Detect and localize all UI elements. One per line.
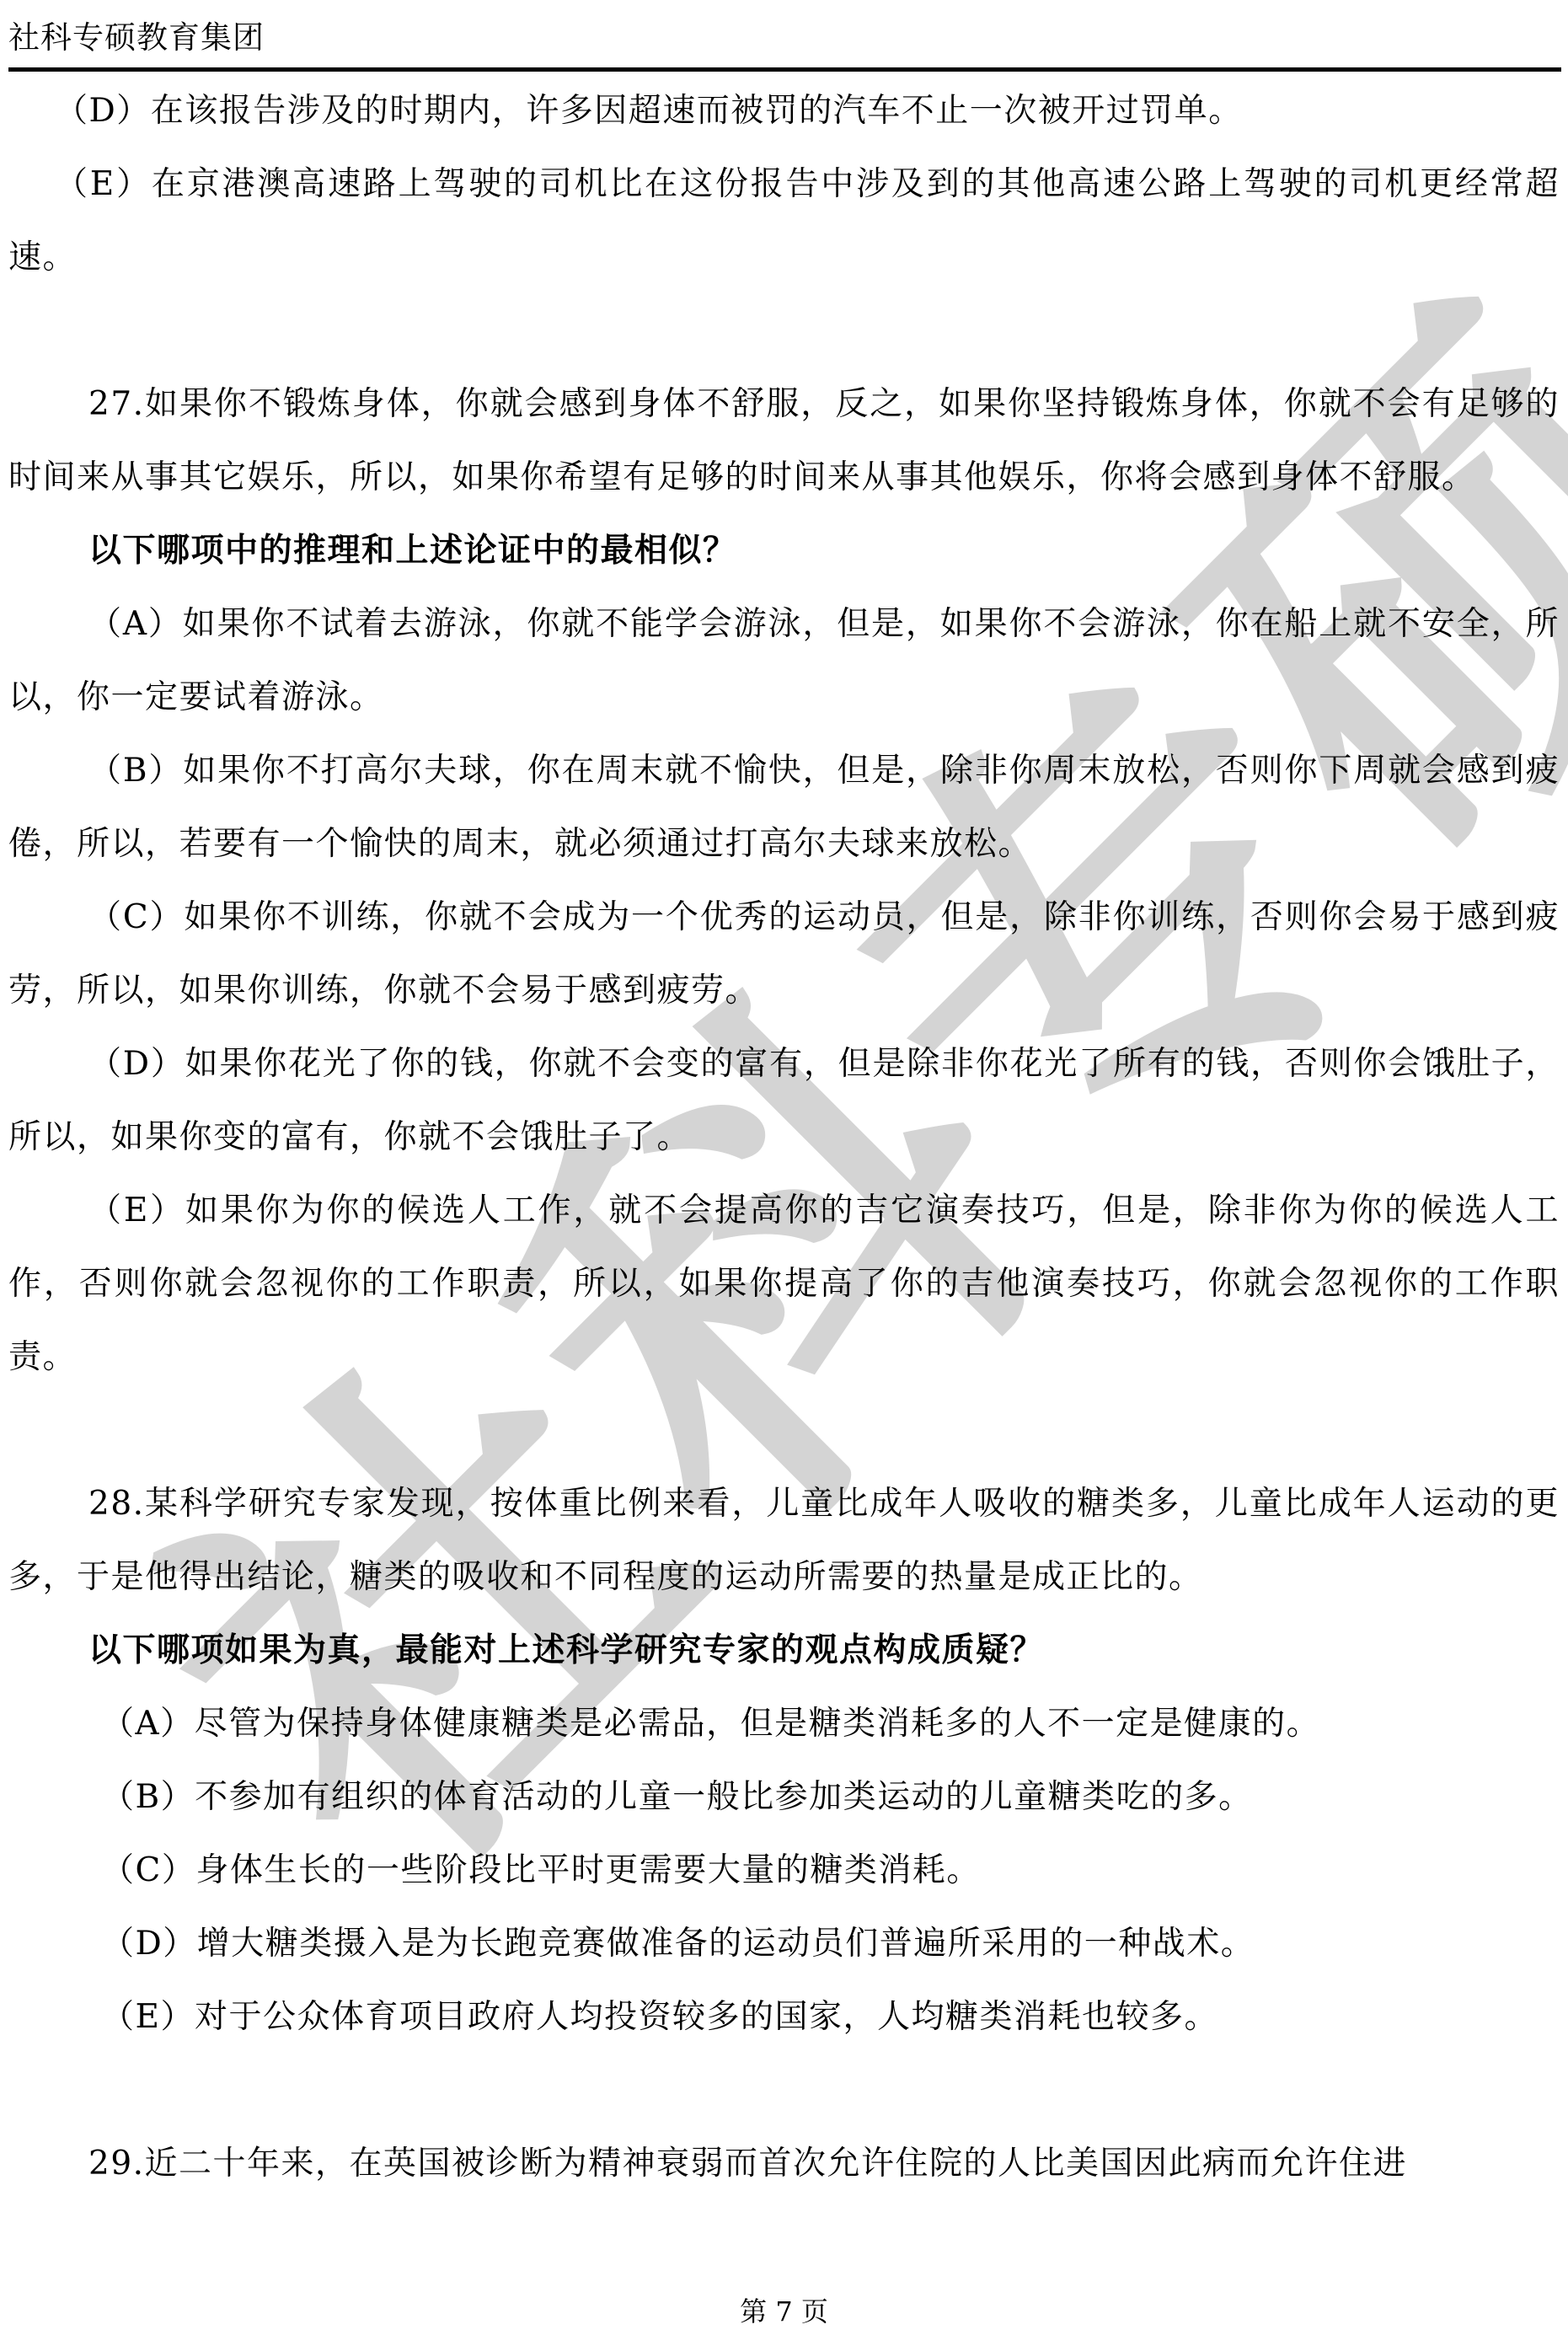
q28-option-c: （C）身体生长的一些阶段比平时更需要大量的糖类消耗。	[0, 1834, 1568, 1907]
page-number: 第 7 页	[740, 2295, 828, 2327]
q28-option-b: （B）不参加有组织的体育活动的儿童一般比参加类运动的儿童糖类吃的多。	[0, 1760, 1568, 1834]
q27-option-d: （D）如果你花光了你的钱，你就不会变的富有，但是除非你花光了所有的钱，否则你会饿…	[0, 1027, 1568, 1174]
q27-question: 以下哪项中的推理和上述论证中的最相似？	[0, 514, 1568, 587]
q28-option-e: （E）对于公众体育项目政府人均投资较多的国家，人均糖类消耗也较多。	[0, 1980, 1568, 2054]
option-label: （D）	[55, 92, 151, 130]
option-text: 如果你花光了你的钱，你就不会变的富有，但是除非你花光了所有的钱，否则你会饿肚子，…	[8, 1045, 1560, 1156]
option-label: （E）	[55, 165, 152, 203]
q27-option-b: （B）如果你不打高尔夫球，你在周末就不愉快，但是，除非你周末放松，否则你下周就会…	[0, 734, 1568, 881]
option-label: （C）	[88, 898, 184, 936]
option-label: （D）	[88, 1045, 185, 1083]
page-content: （D）在该报告涉及的时期内，许多因超速而被罚的汽车不止一次被开过罚单。 （E）在…	[0, 74, 1568, 2200]
option-text: 增大糖类摄入是为长跑竞赛做准备的运动员们普遍所采用的一种战术。	[197, 1925, 1255, 1963]
q28-question: 以下哪项如果为真，最能对上述科学研究专家的观点构成质疑？	[0, 1614, 1568, 1687]
q27-option-c: （C）如果你不训练，你就不会成为一个优秀的运动员，但是，除非你训练，否则你会易于…	[0, 881, 1568, 1027]
option-label: （E）	[101, 1998, 195, 2036]
page-header: 社科专硕教育集团	[8, 0, 1561, 72]
prev-option-d: （D）在该报告涉及的时期内，许多因超速而被罚的汽车不止一次被开过罚单。	[0, 74, 1568, 147]
option-text: 身体生长的一些阶段比平时更需要大量的糖类消耗。	[195, 1851, 981, 1889]
q27-option-a: （A）如果你不试着去游泳，你就不能学会游泳，但是，如果你不会游泳，你在船上就不安…	[0, 587, 1568, 734]
page-footer: 第 7 页	[0, 2290, 1568, 2329]
option-text: 如果你不试着去游泳，你就不能学会游泳，但是，如果你不会游泳，你在船上就不安全，所…	[8, 605, 1560, 716]
q27-option-e: （E）如果你为你的候选人工作，就不会提高你的吉它演奏技巧，但是，除非你为你的候选…	[0, 1174, 1568, 1394]
q28-option-a: （A）尽管为保持身体健康糖类是必需品，但是糖类消耗多的人不一定是健康的。	[0, 1687, 1568, 1760]
option-label: （B）	[88, 752, 183, 790]
option-label: （A）	[88, 605, 183, 643]
option-text: 在该报告涉及的时期内，许多因超速而被罚的汽车不止一次被开过罚单。	[151, 92, 1243, 130]
q28-stem: 28.某科学研究专家发现，按体重比例来看，儿童比成年人吸收的糖类多，儿童比成年人…	[0, 1467, 1568, 1614]
header-title: 社科专硕教育集团	[8, 12, 265, 57]
option-text: 不参加有组织的体育活动的儿童一般比参加类运动的儿童糖类吃的多。	[195, 1778, 1253, 1816]
option-text: 尽管为保持身体健康糖类是必需品，但是糖类消耗多的人不一定是健康的。	[195, 1705, 1321, 1743]
q29-stem: 29.近二十年来，在英国被诊断为精神衰弱而首次允许住院的人比美国因此病而允许住进	[0, 2127, 1568, 2200]
option-label: （A）	[101, 1705, 195, 1743]
option-label: （B）	[101, 1778, 195, 1816]
prev-option-e: （E）在京港澳高速路上驾驶的司机比在这份报告中涉及到的其他高速公路上驾驶的司机更…	[0, 147, 1568, 294]
option-label: （C）	[101, 1851, 195, 1889]
option-label: （D）	[101, 1925, 197, 1963]
option-text: 在京港澳高速路上驾驶的司机比在这份报告中涉及到的其他高速公路上驾驶的司机更经常超…	[8, 165, 1560, 276]
q27-stem: 27.如果你不锻炼身体，你就会感到身体不舒服，反之，如果你坚持锻炼身体，你就不会…	[0, 367, 1568, 514]
option-text: 如果你不打高尔夫球，你在周末就不愉快，但是，除非你周末放松，否则你下周就会感到疲…	[8, 752, 1560, 863]
option-text: 如果你不训练，你就不会成为一个优秀的运动员，但是，除非你训练，否则你会易于感到疲…	[8, 898, 1560, 1010]
q28-option-d: （D）增大糖类摄入是为长跑竞赛做准备的运动员们普遍所采用的一种战术。	[0, 1907, 1568, 1980]
option-text: 如果你为你的候选人工作，就不会提高你的吉它演奏技巧，但是，除非你为你的候选人工作…	[8, 1192, 1560, 1376]
option-label: （E）	[88, 1192, 185, 1229]
option-text: 对于公众体育项目政府人均投资较多的国家，人均糖类消耗也较多。	[195, 1998, 1218, 2036]
